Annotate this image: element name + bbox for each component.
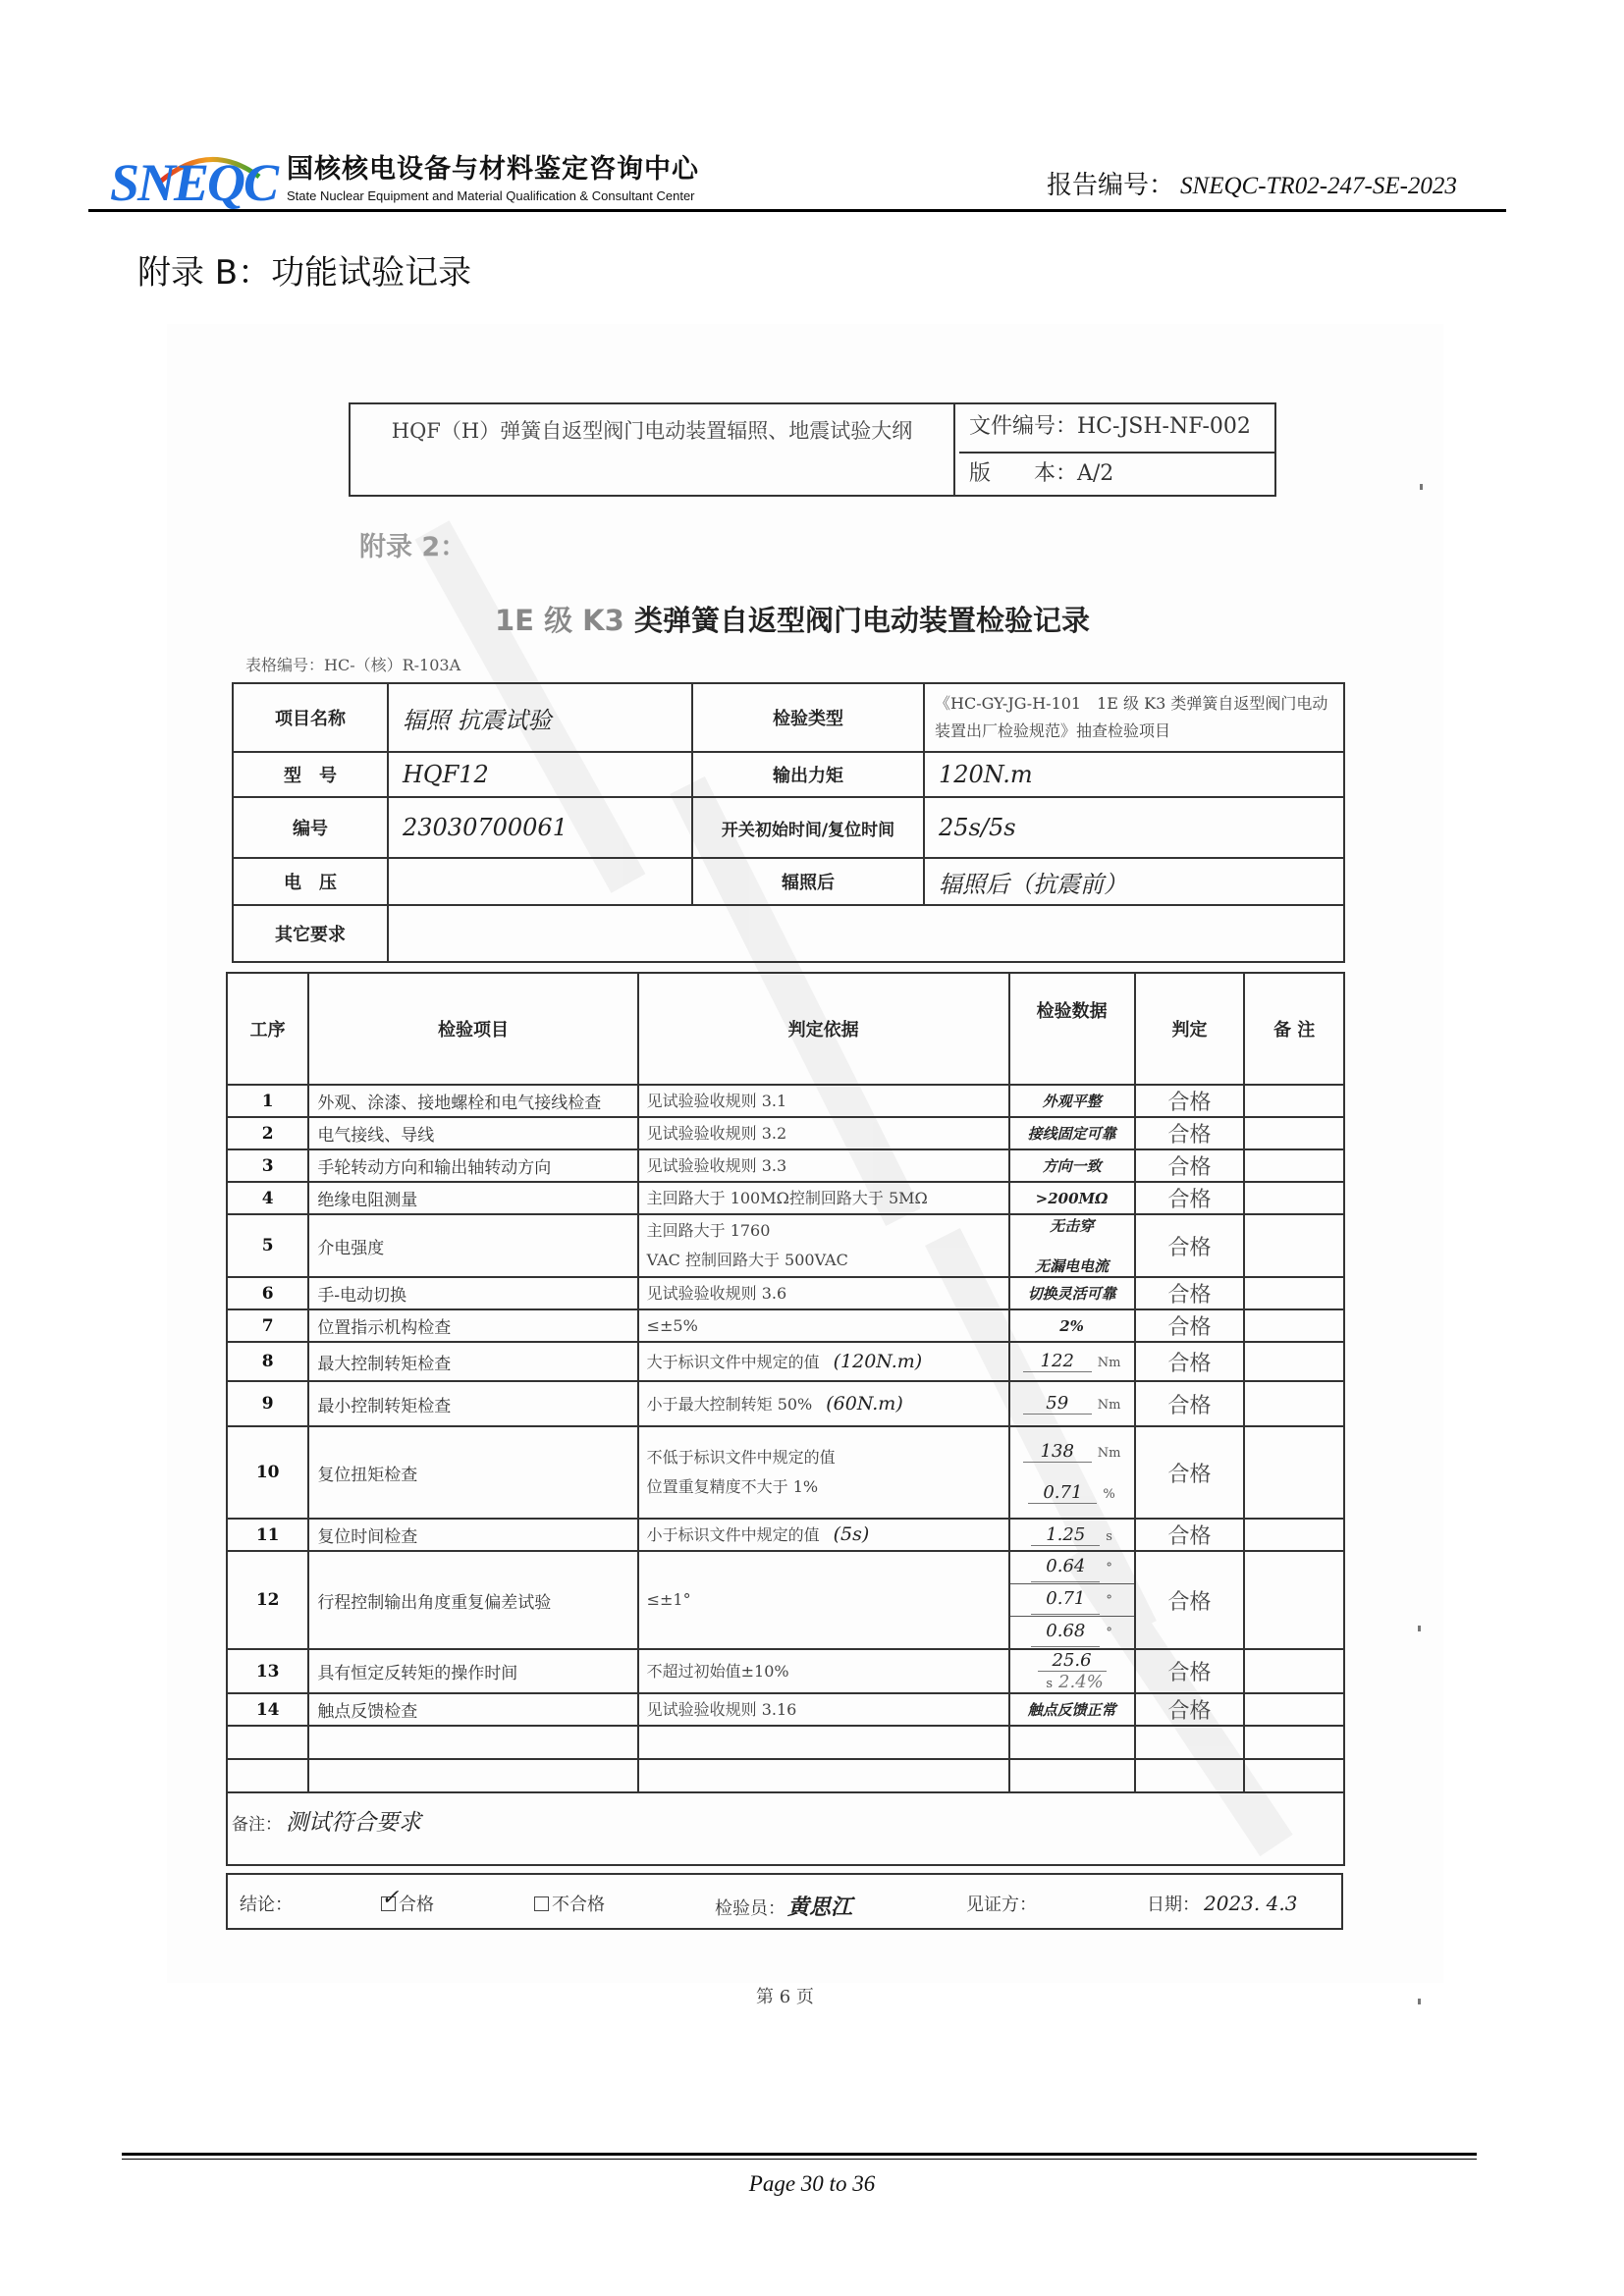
basis-text: 主回路大于 1760 <box>647 1221 771 1240</box>
col-header-step: 工序 <box>227 973 308 1085</box>
switch-time-label: 开关初始时间/复位时间 <box>692 797 924 858</box>
basis-text: 见试验验收规则 3.2 <box>647 1124 787 1143</box>
data-line: 0.64° <box>1010 1552 1134 1584</box>
step-number: 9 <box>227 1381 308 1426</box>
step-number: 6 <box>227 1277 308 1309</box>
judgement: 合格 <box>1135 1117 1245 1149</box>
inspection-data: >200MΩ <box>1009 1182 1135 1214</box>
step-number: 1 <box>227 1085 308 1117</box>
form-title-main: 类弹簧自返型阀门电动装置检验记录 <box>634 604 1090 637</box>
inspection-item: 行程控制输出角度重复偏差试验 <box>308 1551 637 1649</box>
basis-text: 不低于标识文件中规定的值 <box>647 1448 836 1467</box>
basis-text-2: VAC 控制回路大于 500VAC <box>647 1251 848 1269</box>
judgement-basis: 主回路大于 1760VAC 控制回路大于 500VAC <box>638 1214 1009 1277</box>
data-unit: Nm <box>1098 1446 1121 1461</box>
table-row: 8最大控制转矩检查大于标识文件中规定的值(120N.m)122Nm合格 <box>227 1342 1344 1381</box>
data-value: 59 <box>1023 1393 1092 1415</box>
inspection-data: 外观平整 <box>1009 1085 1135 1117</box>
step-number: 11 <box>227 1519 308 1551</box>
model-label: 型 号 <box>233 752 388 797</box>
org-name-en: State Nuclear Equipment and Material Qua… <box>287 188 695 203</box>
step-number: 8 <box>227 1342 308 1381</box>
empty-row <box>227 1726 1344 1759</box>
judgement: 合格 <box>1135 1182 1245 1214</box>
judgement: 合格 <box>1135 1277 1245 1309</box>
judgement-basis: 小于标识文件中规定的值(5s) <box>638 1519 1009 1551</box>
footer-rule-thin <box>122 2159 1477 2160</box>
table-row: 7位置指示机构检查≤±5%2%合格 <box>227 1309 1344 1342</box>
data-value: 接线固定可靠 <box>1028 1125 1116 1143</box>
data-value: 0.68 <box>1031 1617 1100 1647</box>
step-number: 13 <box>227 1649 308 1693</box>
empty-cell <box>227 1726 308 1759</box>
step-number: 4 <box>227 1182 308 1214</box>
data-unit: ° <box>1106 1561 1112 1575</box>
inspector: 检验员：黄思江 <box>715 1891 852 1921</box>
data-value: 外观平整 <box>1043 1093 1102 1110</box>
inspection-item: 触点反馈检查 <box>308 1693 637 1726</box>
table-row: 1外观、涂漆、接地螺栓和电气接线检查见试验验收规则 3.1外观平整合格 <box>227 1085 1344 1117</box>
scan-speck <box>1418 1626 1421 1631</box>
table-row: 5介电强度主回路大于 1760VAC 控制回路大于 500VAC无击穿无漏电电流… <box>227 1214 1344 1277</box>
fail-option[interactable]: 不合格 <box>534 1891 605 1916</box>
note-cell <box>1244 1693 1344 1726</box>
judgement-basis: 见试验验收规则 3.2 <box>638 1117 1009 1149</box>
data-unit: ° <box>1106 1593 1112 1608</box>
inspection-item: 介电强度 <box>308 1214 637 1277</box>
appendix-2-label: 附录 2： <box>359 525 466 563</box>
basis-text: 小于标识文件中规定的值 <box>647 1525 820 1544</box>
step-number: 3 <box>227 1149 308 1182</box>
voltage-value <box>388 858 692 905</box>
pass-checkbox[interactable] <box>381 1896 396 1911</box>
basis-note: (120N.m) <box>820 1351 923 1372</box>
judgement-basis: 见试验验收规则 3.1 <box>638 1085 1009 1117</box>
basis-text-2: 位置重复精度不大于 1% <box>647 1477 818 1496</box>
step-number: 12 <box>227 1551 308 1649</box>
inspection-item: 位置指示机构检查 <box>308 1309 637 1342</box>
scan-speck <box>1418 1999 1421 2004</box>
inspection-data: 触点反馈正常 <box>1009 1693 1135 1726</box>
model-value: HQF12 <box>388 752 692 797</box>
sneqc-logo: SNEQC <box>110 147 275 208</box>
voltage-label: 电 压 <box>233 858 388 905</box>
data-unit: s <box>1046 1677 1053 1691</box>
col-header-note: 备 注 <box>1244 973 1344 1085</box>
org-name-cn: 国核核电设备与材料鉴定咨询中心 <box>287 147 699 186</box>
project-name-label: 项目名称 <box>233 683 388 752</box>
empty-cell <box>308 1759 637 1792</box>
inspection-item: 复位时间检查 <box>308 1519 637 1551</box>
table-row: 2电气接线、导线见试验验收规则 3.2接线固定可靠合格 <box>227 1117 1344 1149</box>
inspection-item: 最小控制转矩检查 <box>308 1381 637 1426</box>
scan-page-number: 第 6 页 <box>756 1983 814 2008</box>
note-cell <box>1244 1649 1344 1693</box>
inspection-type-label: 检验类型 <box>692 683 924 752</box>
header-rule <box>88 209 1506 212</box>
table-row: 14触点反馈检查见试验验收规则 3.16触点反馈正常合格 <box>227 1693 1344 1726</box>
data-value: 25.6 <box>1038 1650 1107 1672</box>
data-unit: Nm <box>1098 1398 1121 1413</box>
note-cell <box>1244 1551 1344 1649</box>
inspection-data: 方向一致 <box>1009 1149 1135 1182</box>
judgement-basis: ≤±1° <box>638 1551 1009 1649</box>
data-line: 0.68° <box>1010 1617 1134 1648</box>
note-cell <box>1244 1342 1344 1381</box>
judgement: 合格 <box>1135 1342 1245 1381</box>
note-cell <box>1244 1519 1344 1551</box>
pass-label: 合格 <box>399 1895 434 1915</box>
report-number: 报告编号：SNEQC-TR02-247-SE-2023 <box>1047 165 1457 201</box>
data-value: 切换灵活可靠 <box>1028 1285 1116 1303</box>
step-number: 5 <box>227 1214 308 1277</box>
other-label: 其它要求 <box>233 905 388 962</box>
info-table: 项目名称 辐照 抗震试验 检验类型 《HC-GY-JG-H-101 1E 级 K… <box>232 682 1345 963</box>
data-value: 触点反馈正常 <box>1028 1701 1116 1719</box>
inspection-table: 工序 检验项目 判定依据 检验数据 判定 备 注 1外观、涂漆、接地螺栓和电气接… <box>226 972 1345 1866</box>
table-row: 4绝缘电阻测量主回路大于 100MΩ控制回路大于 5MΩ>200MΩ合格 <box>227 1182 1344 1214</box>
output-torque-value: 120N.m <box>924 752 1344 797</box>
footer-rule <box>122 2153 1477 2156</box>
document-header-box: HQF（H）弹簧自返型阀门电动装置辐照、地震试验大纲 文件编号：HC-JSH-N… <box>349 402 1276 497</box>
inspection-item: 最大控制转矩检查 <box>308 1342 637 1381</box>
judgement-basis: 不低于标识文件中规定的值位置重复精度不大于 1% <box>638 1426 1009 1519</box>
judgement: 合格 <box>1135 1085 1245 1117</box>
inspection-data: 25.6s2.4% <box>1009 1649 1135 1693</box>
judgement-basis: ≤±5% <box>638 1309 1009 1342</box>
serial-label: 编号 <box>233 797 388 858</box>
date-label: 日期： <box>1147 1895 1200 1915</box>
step-number: 14 <box>227 1693 308 1726</box>
note-cell <box>1244 1214 1344 1277</box>
inspection-data: 0.64°0.71°0.68° <box>1009 1551 1135 1649</box>
judgement: 合格 <box>1135 1381 1245 1426</box>
inspector-label: 检验员： <box>715 1898 785 1919</box>
data-unit: s <box>1106 1529 1112 1544</box>
note-cell <box>1244 1381 1344 1426</box>
judgement-basis: 不超过初始值±10% <box>638 1649 1009 1693</box>
judgement-basis: 见试验验收规则 3.3 <box>638 1149 1009 1182</box>
after-irradiation-label: 辐照后 <box>692 858 924 905</box>
col-header-basis: 判定依据 <box>638 973 1009 1085</box>
data-extra: 2.4% <box>1058 1672 1104 1692</box>
col-header-judge: 判定 <box>1135 973 1245 1085</box>
empty-cell <box>1009 1759 1135 1792</box>
data-value: 138 <box>1023 1441 1092 1463</box>
remark: 备注：测试符合要求 <box>232 1804 421 1837</box>
basis-text: 见试验验收规则 3.16 <box>647 1700 797 1719</box>
judgement: 合格 <box>1135 1149 1245 1182</box>
data-value: 无击穿 <box>1050 1217 1094 1235</box>
table-row: 10复位扭矩检查不低于标识文件中规定的值位置重复精度不大于 1%138Nm0.7… <box>227 1426 1344 1519</box>
data-unit: Nm <box>1098 1356 1121 1370</box>
judgement: 合格 <box>1135 1519 1245 1551</box>
step-number: 7 <box>227 1309 308 1342</box>
empty-cell <box>1244 1726 1344 1759</box>
inspection-data: 2% <box>1009 1309 1135 1342</box>
data-unit-2: % <box>1103 1487 1114 1502</box>
inspection-item: 具有恒定反转矩的操作时间 <box>308 1649 637 1693</box>
judgement-basis: 大于标识文件中规定的值(120N.m) <box>638 1342 1009 1381</box>
witness-label: 见证方： <box>966 1895 1037 1915</box>
judgement: 合格 <box>1135 1214 1245 1277</box>
judgement-basis: 小于最大控制转矩 50%(60N.m) <box>638 1381 1009 1426</box>
form-title-prefix: 1E 级 K3 <box>495 604 624 637</box>
note-cell <box>1244 1182 1344 1214</box>
inspection-item: 电气接线、导线 <box>308 1117 637 1149</box>
project-name-value: 辐照 抗震试验 <box>388 683 692 752</box>
switch-time-value: 25s/5s <box>924 797 1344 858</box>
fail-label: 不合格 <box>552 1895 605 1915</box>
table-row: 12行程控制输出角度重复偏差试验≤±1°0.64°0.71°0.68°合格 <box>227 1551 1344 1649</box>
note-cell <box>1244 1309 1344 1342</box>
note-cell <box>1244 1426 1344 1519</box>
empty-cell <box>1135 1759 1245 1792</box>
judgement: 合格 <box>1135 1649 1245 1693</box>
inspection-data: 无击穿无漏电电流 <box>1009 1214 1135 1277</box>
data-line: 0.71° <box>1010 1584 1134 1617</box>
note-cell <box>1244 1117 1344 1149</box>
inspection-item: 外观、涂漆、接地螺栓和电气接线检查 <box>308 1085 637 1117</box>
page-footer: Page 30 to 36 <box>0 2171 1624 2197</box>
inspection-data: 122Nm <box>1009 1342 1135 1381</box>
judgement-basis: 主回路大于 100MΩ控制回路大于 5MΩ <box>638 1182 1009 1214</box>
basis-text: 见试验验收规则 3.6 <box>647 1284 787 1303</box>
note-cell <box>1244 1149 1344 1182</box>
table-row: 11复位时间检查小于标识文件中规定的值(5s)1.25s合格 <box>227 1519 1344 1551</box>
scan-speck <box>1420 484 1423 490</box>
judgement: 合格 <box>1135 1309 1245 1342</box>
basis-note: (60N.m) <box>812 1393 902 1415</box>
remark-label: 备注： <box>232 1815 282 1835</box>
conclusion-row: 结论： 合格 不合格 检验员：黄思江 见证方： 日期：2023. 4.3 <box>226 1873 1343 1930</box>
report-label: 报告编号： <box>1047 171 1174 200</box>
table-row: 6手-电动切换见试验验收规则 3.6切换灵活可靠合格 <box>227 1277 1344 1309</box>
basis-text: 不超过初始值±10% <box>647 1662 789 1681</box>
data-unit: ° <box>1106 1626 1112 1640</box>
empty-cell <box>1135 1726 1245 1759</box>
other-value <box>388 905 1344 962</box>
inspection-data: 138Nm0.71% <box>1009 1426 1135 1519</box>
form-number: 表格编号：HC-（核）R-103A <box>245 653 460 675</box>
report-number-value: SNEQC-TR02-247-SE-2023 <box>1180 173 1457 199</box>
inspection-data: 1.25s <box>1009 1519 1135 1551</box>
col-header-item: 检验项目 <box>308 973 637 1085</box>
logo-text: SNEQC <box>110 155 277 210</box>
data-value: >200MΩ <box>1036 1190 1109 1207</box>
inspection-item: 绝缘电阻测量 <box>308 1182 637 1214</box>
fail-checkbox[interactable] <box>534 1896 549 1911</box>
judgement-basis: 见试验验收规则 3.6 <box>638 1277 1009 1309</box>
witness: 见证方： <box>966 1891 1037 1916</box>
table-row: 3手轮转动方向和输出轴转动方向见试验验收规则 3.3方向一致合格 <box>227 1149 1344 1182</box>
data-value: 方向一致 <box>1043 1157 1102 1175</box>
empty-cell <box>1009 1726 1135 1759</box>
inspection-type-value: 《HC-GY-JG-H-101 1E 级 K3 类弹簧自返型阀门电动装置出厂检验… <box>924 683 1344 752</box>
col-header-data: 检验数据 <box>1009 973 1135 1085</box>
note-cell <box>1244 1277 1344 1309</box>
output-torque-label: 输出力矩 <box>692 752 924 797</box>
judgement-basis: 见试验验收规则 3.16 <box>638 1693 1009 1726</box>
judgement: 合格 <box>1135 1551 1245 1649</box>
data-value-2: 无漏电电流 <box>1035 1257 1109 1275</box>
form-title: 1E 级 K3 类弹簧自返型阀门电动装置检验记录 <box>495 599 1090 639</box>
inspection-item: 手轮转动方向和输出轴转动方向 <box>308 1149 637 1182</box>
data-value: 0.71 <box>1031 1584 1100 1615</box>
empty-cell <box>638 1726 1009 1759</box>
inspection-data: 接线固定可靠 <box>1009 1117 1135 1149</box>
inspector-signature: 黄思江 <box>785 1895 852 1920</box>
inspection-item: 复位扭矩检查 <box>308 1426 637 1519</box>
doc-version: 版 本：A/2 <box>959 454 1274 495</box>
conclusion-label: 结论： <box>240 1891 293 1916</box>
data-value: 1.25 <box>1031 1524 1100 1546</box>
date-value: 2023. 4.3 <box>1200 1892 1297 1915</box>
basis-text: 见试验验收规则 3.1 <box>647 1092 787 1110</box>
data-value: 122 <box>1023 1351 1092 1372</box>
empty-cell <box>227 1759 308 1792</box>
table-row: 9最小控制转矩检查小于最大控制转矩 50%(60N.m)59Nm合格 <box>227 1381 1344 1426</box>
basis-note: (5s) <box>820 1523 870 1545</box>
appendix-title: 附录 B：功能试验记录 <box>137 245 471 294</box>
pass-option[interactable]: 合格 <box>381 1891 434 1916</box>
data-value: 2% <box>1059 1317 1084 1335</box>
basis-text: 主回路大于 100MΩ控制回路大于 5MΩ <box>647 1189 928 1207</box>
data-value-2: 0.71 <box>1028 1482 1097 1504</box>
serial-value: 23030700061 <box>388 797 692 858</box>
inspection-data: 59Nm <box>1009 1381 1135 1426</box>
basis-text: 小于最大控制转矩 50% <box>647 1395 813 1414</box>
remark-value: 测试符合要求 <box>282 1810 421 1836</box>
doc-title: HQF（H）弹簧自返型阀门电动装置辐照、地震试验大纲 <box>351 404 955 495</box>
judgement: 合格 <box>1135 1693 1245 1726</box>
empty-cell <box>308 1726 637 1759</box>
basis-text: 见试验验收规则 3.3 <box>647 1156 787 1175</box>
judgement: 合格 <box>1135 1426 1245 1519</box>
basis-text: ≤±5% <box>647 1316 698 1335</box>
step-number: 10 <box>227 1426 308 1519</box>
note-cell <box>1244 1085 1344 1117</box>
empty-cell <box>638 1759 1009 1792</box>
empty-cell <box>1244 1759 1344 1792</box>
inspection-item: 手-电动切换 <box>308 1277 637 1309</box>
empty-row <box>227 1759 1344 1792</box>
table-row: 13具有恒定反转矩的操作时间不超过初始值±10%25.6s2.4%合格 <box>227 1649 1344 1693</box>
inspection-data: 切换灵活可靠 <box>1009 1277 1135 1309</box>
basis-text: ≤±1° <box>647 1590 691 1609</box>
step-number: 2 <box>227 1117 308 1149</box>
doc-file-no: 文件编号：HC-JSH-NF-002 <box>959 404 1274 454</box>
basis-text: 大于标识文件中规定的值 <box>647 1353 820 1371</box>
data-value: 0.64 <box>1031 1552 1100 1582</box>
date: 日期：2023. 4.3 <box>1147 1891 1297 1916</box>
after-irradiation-value: 辐照后（抗震前） <box>924 858 1344 905</box>
